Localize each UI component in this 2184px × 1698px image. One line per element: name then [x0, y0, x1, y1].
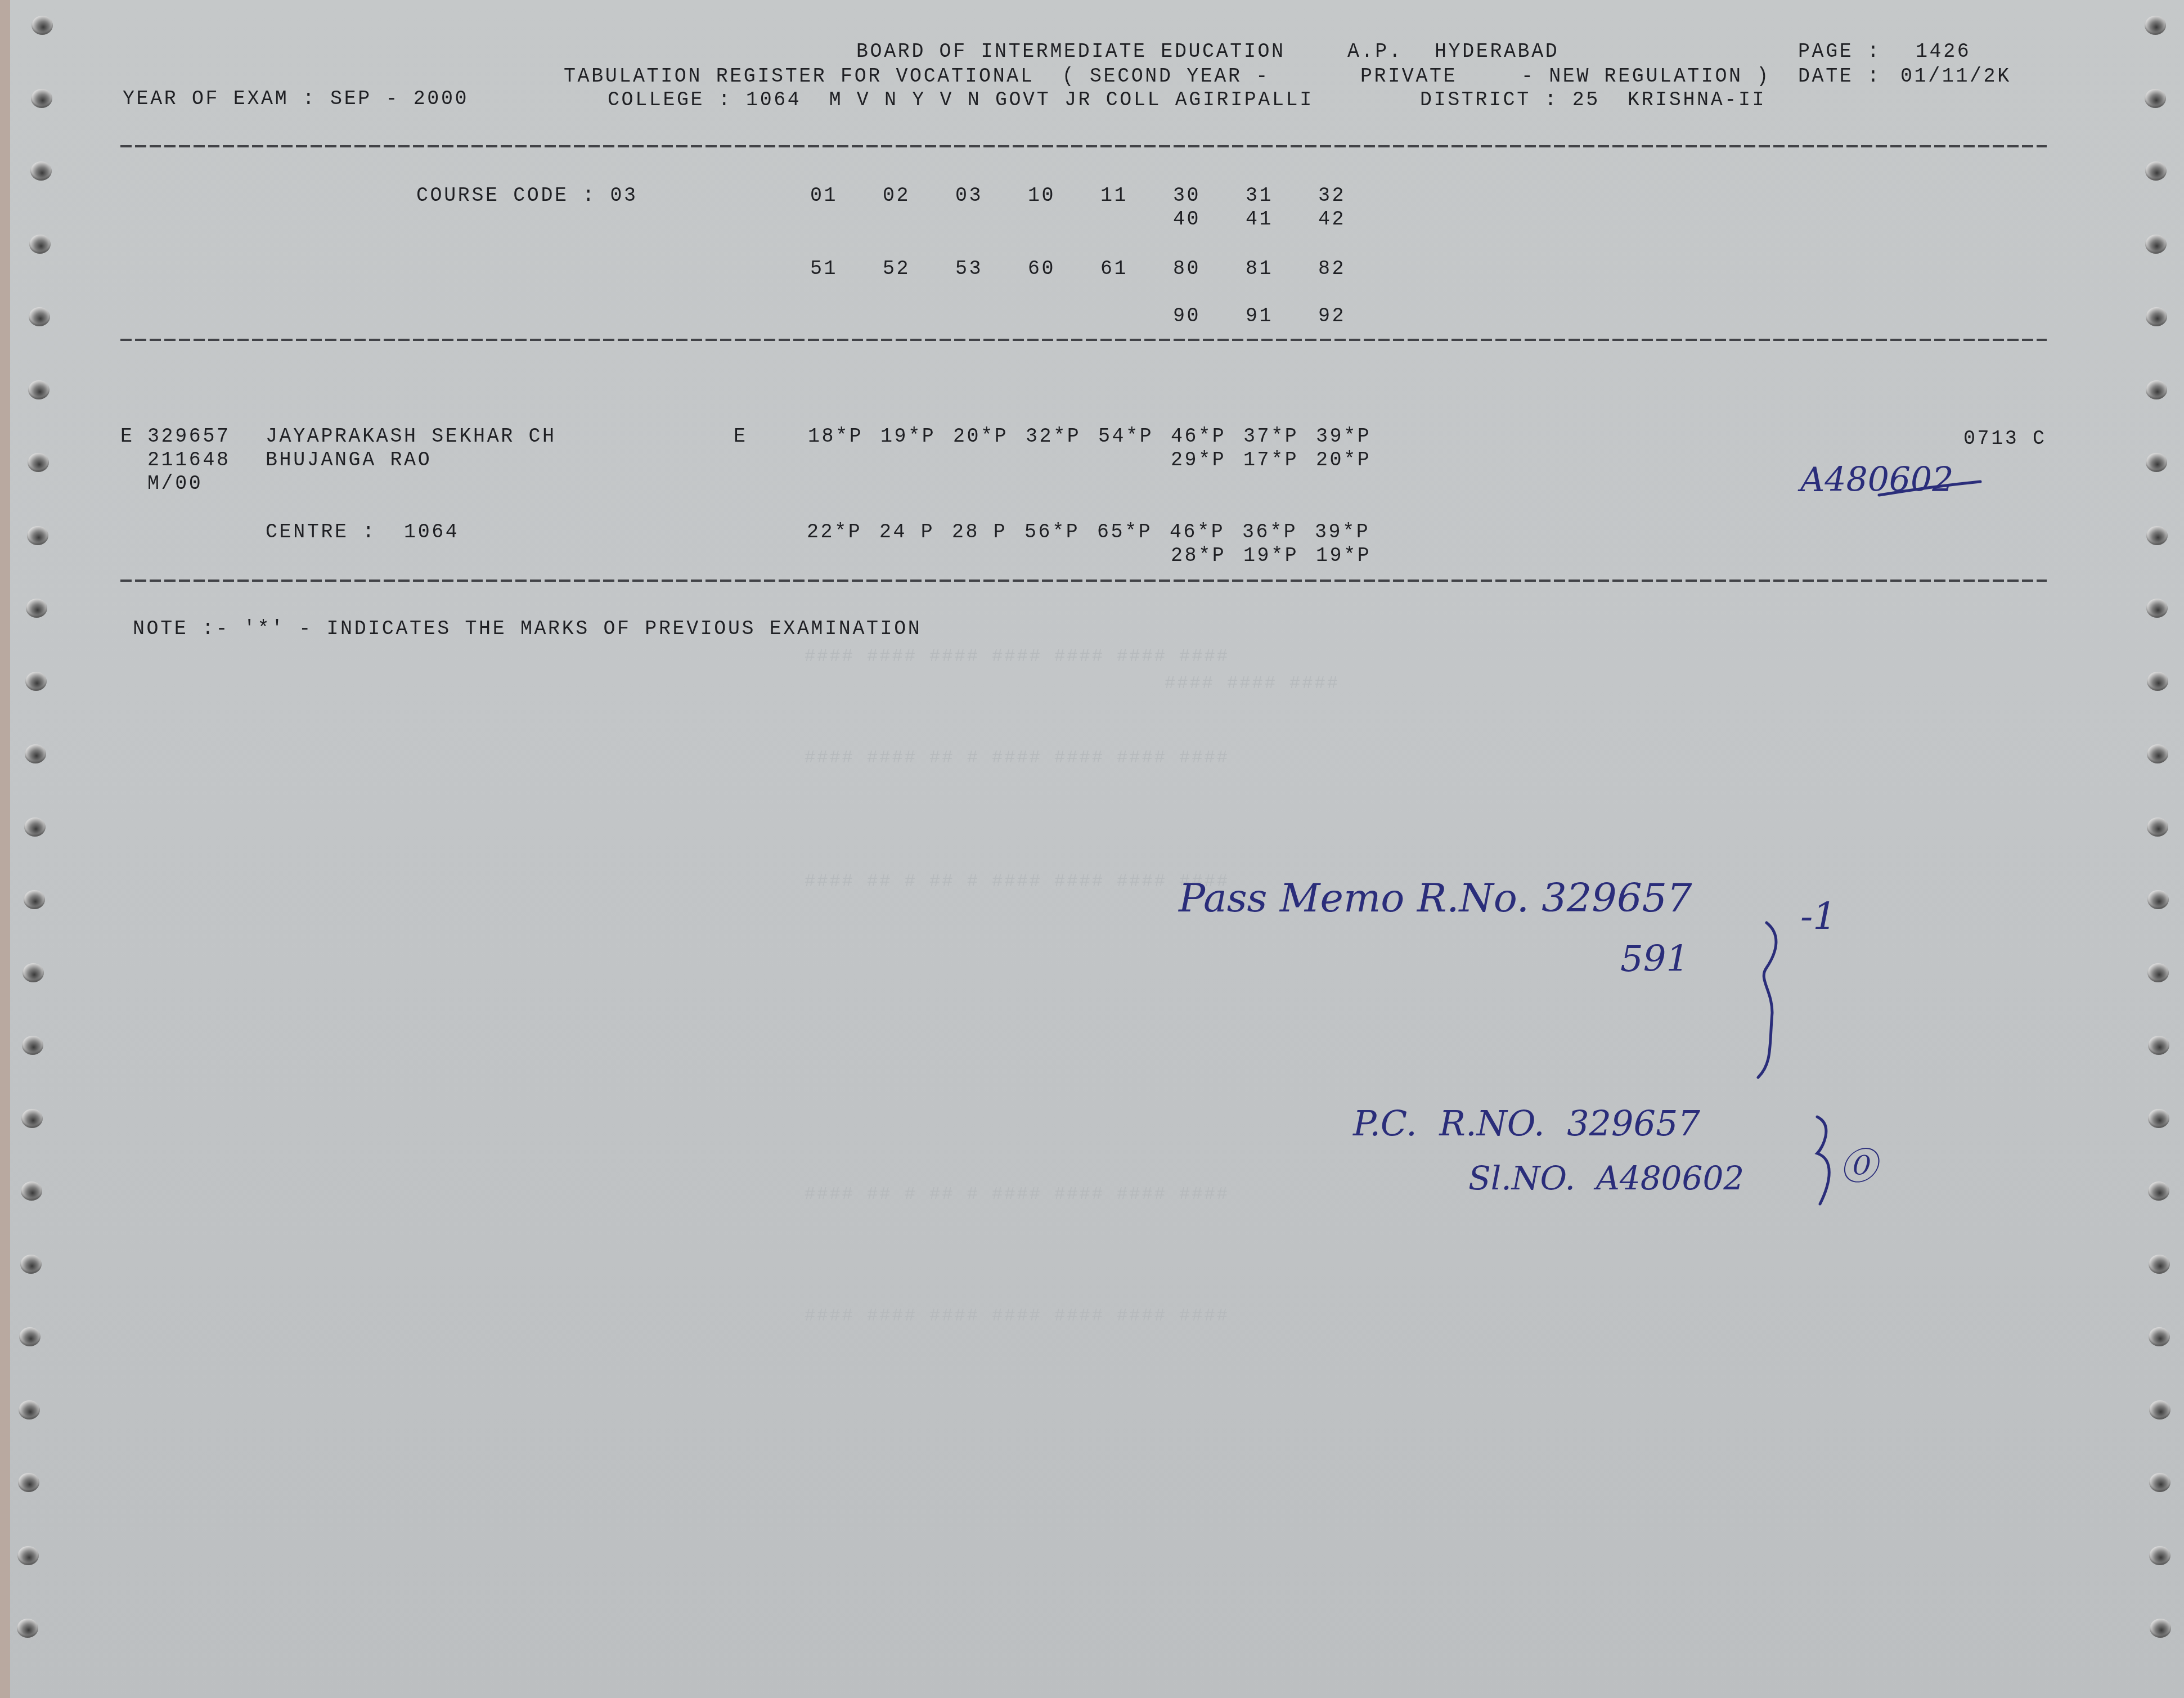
curly-brace-lower: [1817, 1117, 1829, 1204]
handwritten-braces: [0, 0, 2184, 1698]
curly-brace-upper: [1758, 923, 1776, 1077]
underline-stroke: [1879, 482, 1980, 495]
